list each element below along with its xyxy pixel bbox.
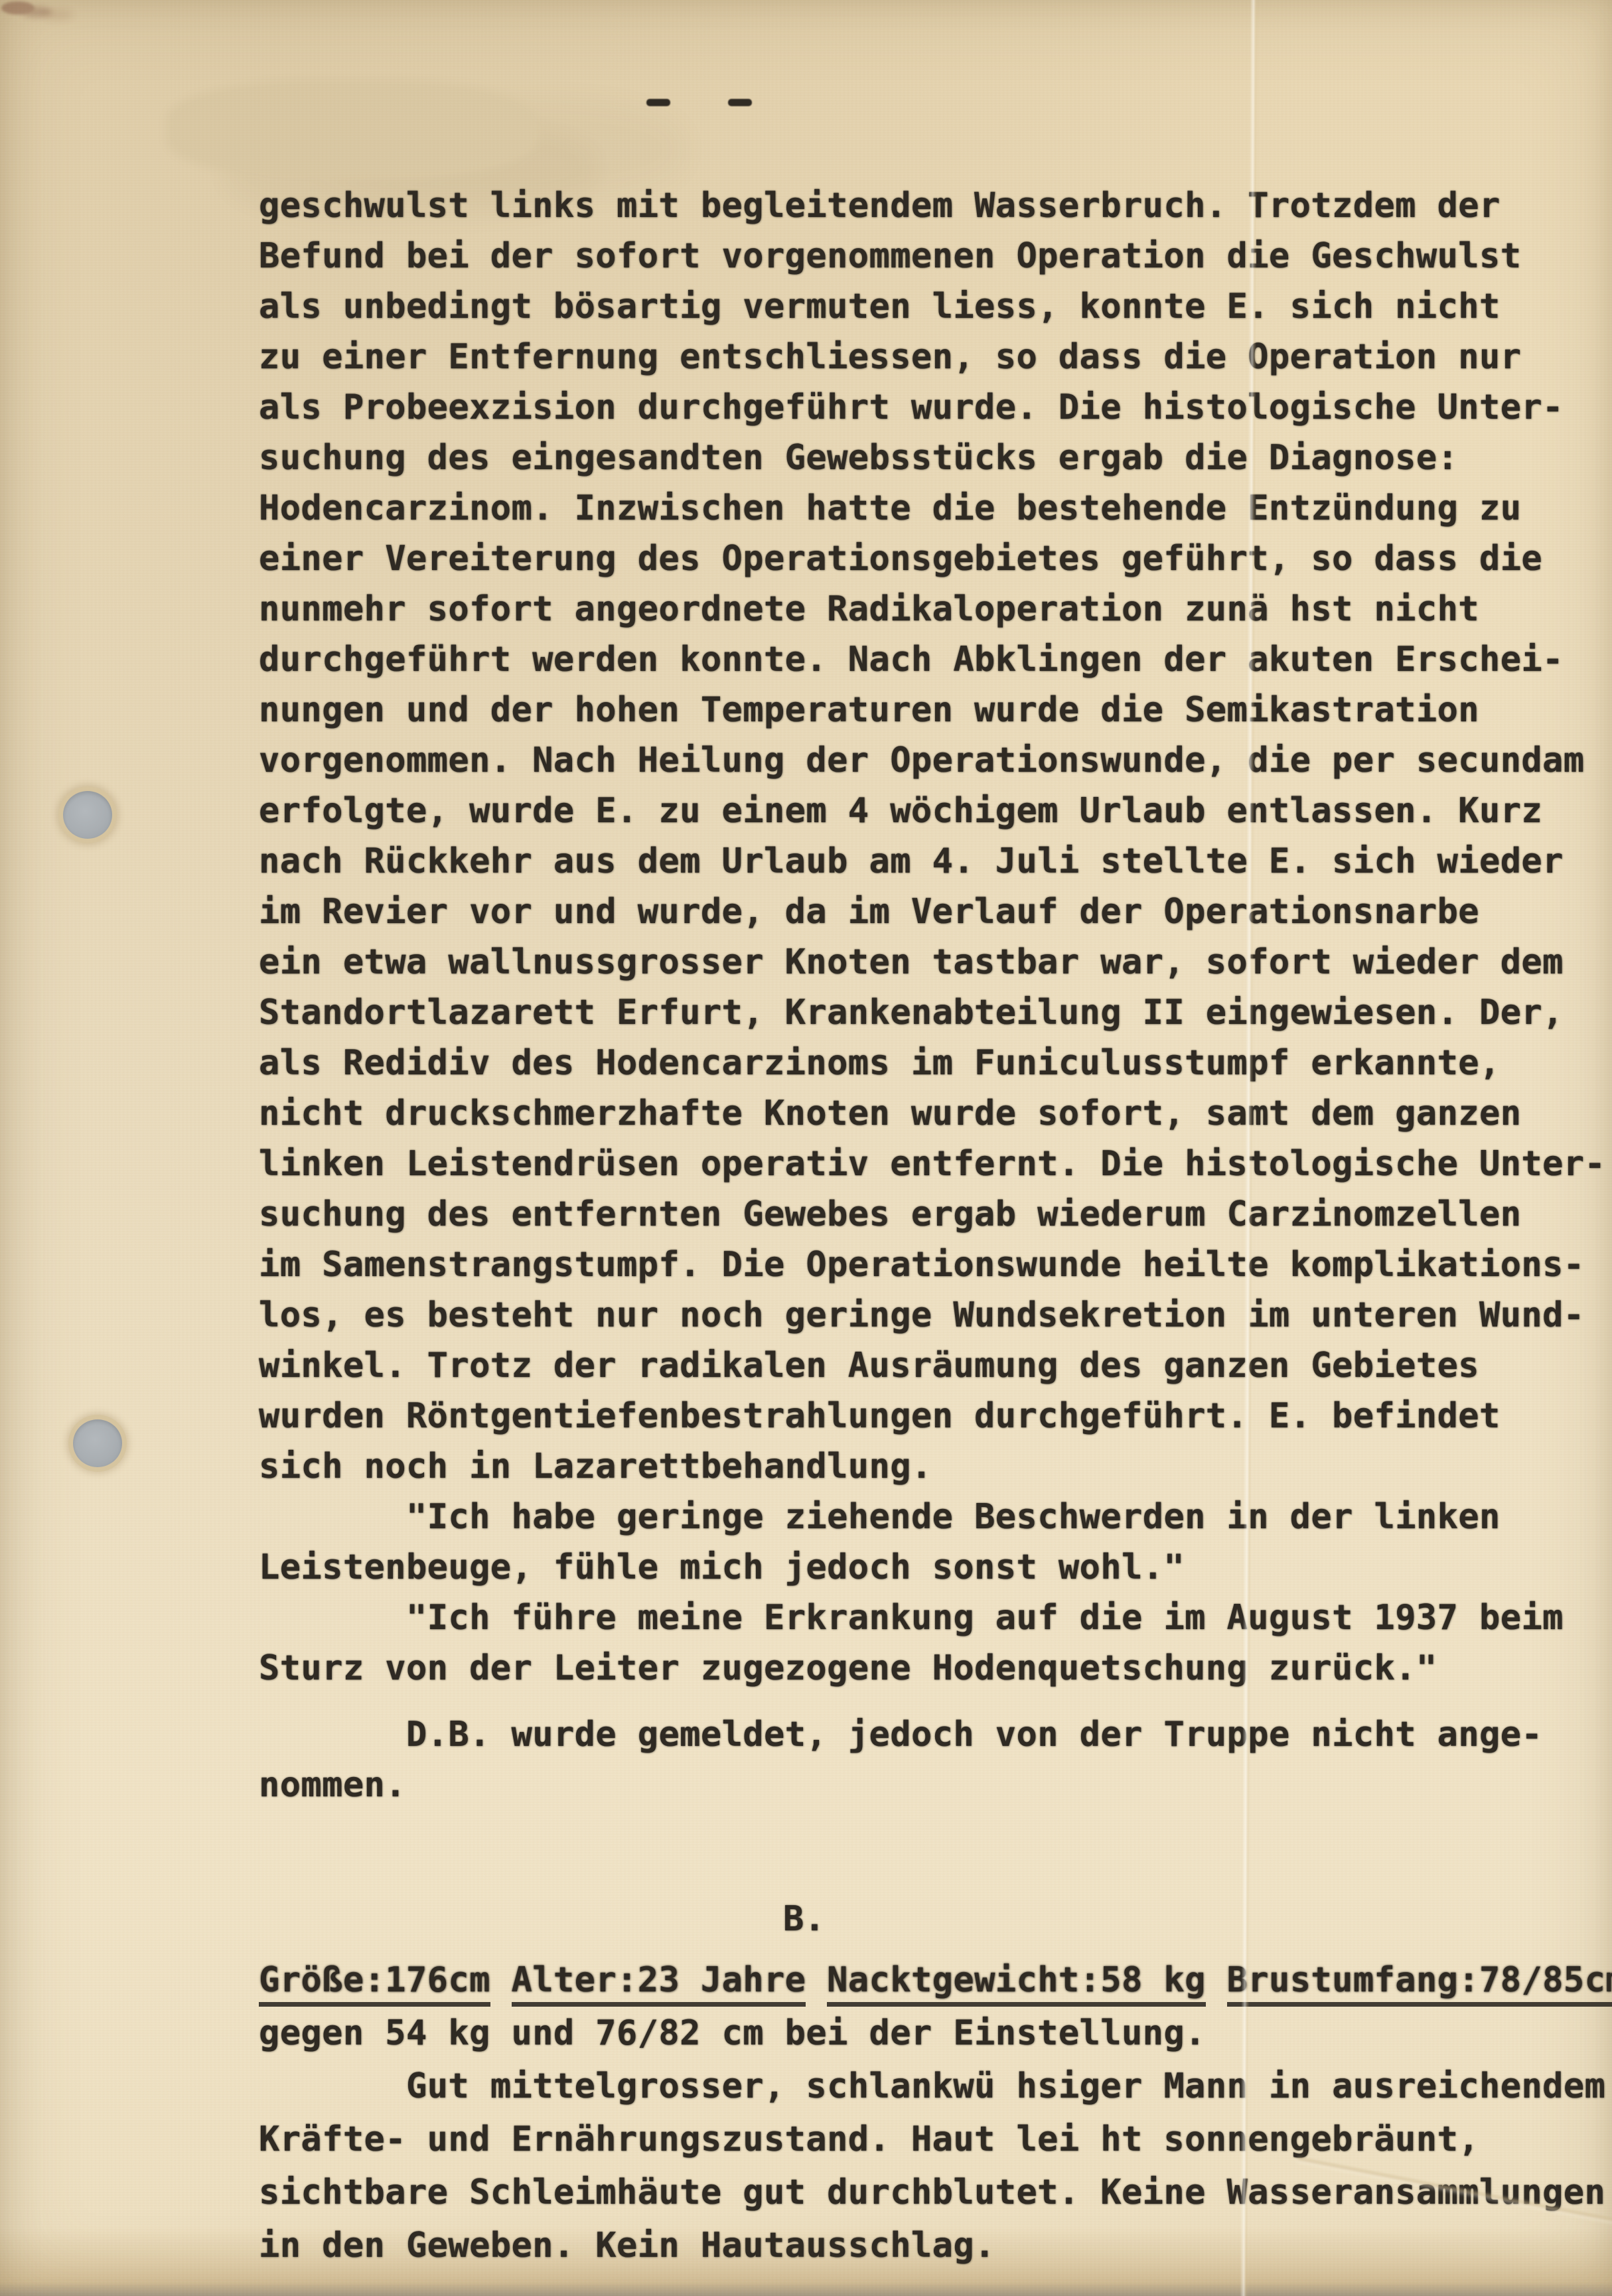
- text-line: Befund bei der sofort vorgenommenen Oper…: [259, 231, 1612, 281]
- text-line: im Samenstrangstumpf. Die Operationswund…: [259, 1240, 1612, 1290]
- dash-mark: [728, 99, 752, 106]
- section-b-heading: B.: [783, 1894, 825, 1944]
- text-line: gegen 54 kg und 76/82 cm bei der Einstel…: [259, 2007, 1612, 2060]
- text-line: sichtbare Schleimhäute gut durchblutet. …: [259, 2166, 1612, 2219]
- punch-hole-top: [63, 791, 112, 839]
- measurement-group: Nacktgewicht:58 kg: [827, 1960, 1206, 2007]
- text-line: ein etwa wallnussgrosser Knoten tastbar …: [259, 937, 1612, 987]
- text-line: linken Leistendrüsen operativ entfernt. …: [259, 1139, 1612, 1189]
- text-line: winkel. Trotz der radikalen Ausräumung d…: [259, 1340, 1612, 1391]
- text-line: vorgenommen. Nach Heilung der Operations…: [259, 735, 1612, 786]
- text-line: zu einer Entfernung entschliessen, so da…: [259, 332, 1612, 382]
- text-line: einer Vereiterung des Operationsgebietes…: [259, 534, 1612, 584]
- tail-paragraph: gegen 54 kg und 76/82 cm bei der Einstel…: [259, 2007, 1612, 2272]
- ink-bleed-through: [166, 80, 538, 179]
- text-line: als unbedingt bösartig vermuten liess, k…: [259, 281, 1612, 332]
- text-line: D.B. wurde gemeldet, jedoch von der Trup…: [259, 1709, 1612, 1760]
- text-line: erfolgte, wurde E. zu einem 4 wöchigem U…: [259, 786, 1612, 836]
- text-line: im Revier vor und wurde, da im Verlauf d…: [259, 887, 1612, 937]
- text-line: "Ich führe meine Erkrankung auf die im A…: [259, 1593, 1612, 1643]
- text-line: geschwulst links mit begleitendem Wasser…: [259, 180, 1612, 231]
- text-line: Leistenbeuge, fühle mich jedoch sonst wo…: [259, 1542, 1612, 1593]
- dash-mark: [646, 99, 670, 106]
- measurement-group: Größe:176cm: [259, 1960, 490, 2007]
- text-line: "Ich habe geringe ziehende Beschwerden i…: [259, 1492, 1612, 1542]
- text-line: als Redidiv des Hodencarzinoms im Funicu…: [259, 1038, 1612, 1088]
- db-paragraph: D.B. wurde gemeldet, jedoch von der Trup…: [259, 1709, 1612, 1810]
- body-paragraph: geschwulst links mit begleitendem Wasser…: [259, 180, 1612, 1693]
- text-line: in den Geweben. Kein Hautausschlag.: [259, 2219, 1612, 2272]
- document-page: - - geschwulst links mit begleitendem Wa…: [0, 0, 1612, 2296]
- text-line: los, es besteht nur noch geringe Wundsek…: [259, 1290, 1612, 1340]
- text-line: suchung des entfernten Gewebes ergab wie…: [259, 1189, 1612, 1240]
- measurement-group: Brustumfang:78/85cm: [1227, 1960, 1612, 2007]
- text-line: Standortlazarett Erfurt, Krankenabteilun…: [259, 987, 1612, 1038]
- text-line: Gut mittelgrosser, schlankwü hsiger Mann…: [259, 2060, 1612, 2113]
- text-line: nommen.: [259, 1760, 1612, 1810]
- page-number-dashes-text: - -: [721, 113, 722, 114]
- text-line: nicht druckschmerzhafte Knoten wurde sof…: [259, 1088, 1612, 1139]
- corner-smudge: [1, 1, 35, 15]
- measurements-line: Größe:176cm Alter:23 Jahre Nacktgewicht:…: [259, 1954, 1612, 2007]
- text-line: Sturz von der Leiter zugezogene Hodenque…: [259, 1643, 1612, 1693]
- text-line: nunmehr sofort angeordnete Radikaloperat…: [259, 584, 1612, 634]
- text-line: Hodencarzinom. Inzwischen hatte die best…: [259, 483, 1612, 534]
- punch-hole-bottom: [73, 1419, 122, 1467]
- text-line: als Probeexzision durchgeführt wurde. Di…: [259, 382, 1612, 433]
- text-line: suchung des eingesandten Gewebsstücks er…: [259, 433, 1612, 483]
- text-line: nungen und der hohen Temperaturen wurde …: [259, 685, 1612, 735]
- measurement-group: Alter:23 Jahre: [512, 1960, 806, 2007]
- text-line: sich noch in Lazarettbehandlung.: [259, 1441, 1612, 1492]
- text-line: wurden Röntgentiefenbestrahlungen durchg…: [259, 1391, 1612, 1441]
- text-line: durchgeführt werden konnte. Nach Abkling…: [259, 634, 1612, 685]
- text-line: nach Rückkehr aus dem Urlaub am 4. Juli …: [259, 836, 1612, 887]
- text-line: Kräfte- und Ernährungszustand. Haut lei …: [259, 2113, 1612, 2166]
